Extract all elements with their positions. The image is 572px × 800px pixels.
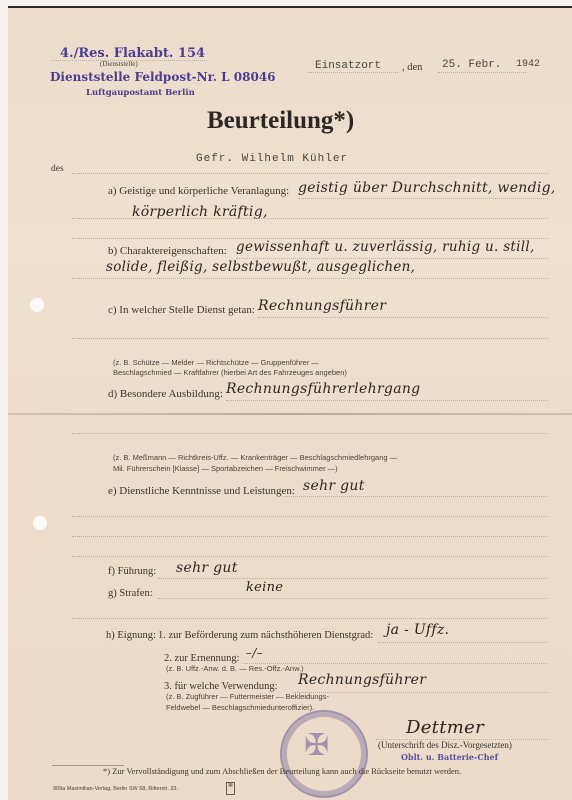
document-page: 4./Res. Flakabt. 154 (Dienststelle) Dien… [8,6,572,800]
field-e-line-1 [283,496,548,497]
field-f-line [158,578,548,579]
field-b-answer-1: gewissenhaft u. zuverlässig, ruhig u. st… [236,239,535,255]
field-h-item3-hint-2: Feldwebel — Beschlagschmiedunteroffizier… [166,702,314,713]
field-e-line-2 [72,516,548,517]
dienststelle-caption: (Dienststelle) [100,60,138,68]
field-a-answer-1: geistig über Durchschnitt, wendig, [298,180,556,196]
signature-caption: (Unterschrift des Disz.-Vorgesetzten) [378,740,512,750]
field-c-hint-2: Beschlagschmied — Kraftfahrer (hierbei A… [113,367,347,378]
field-g-answer: keine [246,580,283,595]
field-g-line-2 [72,618,548,619]
punch-hole-top [30,298,44,312]
field-e-line-4 [72,556,548,557]
field-h-label: h) Eignung: [106,630,156,641]
field-e-line-3 [72,536,548,537]
footnote: *) Zur Vervollständigung und zum Abschli… [103,766,461,776]
field-d-answer: Rechnungsführerlehrgang [226,381,420,397]
field-b-label: b) Charaktereigenschaften: [108,245,227,257]
field-d-hint-1: (z. B. Meßmann — Richtkreis-Uffz. — Kran… [113,452,397,463]
field-h-item2-answer: –/– [246,646,263,660]
field-g-label: g) Strafen: [108,588,153,599]
field-c-line-1 [258,317,548,318]
field-d-line-2 [72,433,548,434]
field-e-label: e) Dienstliche Kenntnisse und Leistungen… [108,485,295,497]
field-b-line-2 [72,278,548,279]
date-line [438,72,526,73]
field-e-answer: sehr gut [303,478,365,494]
field-b-answer-2: solide, fleißig, selbstbewußt, ausgeglic… [106,259,415,275]
den-label: , den [402,62,422,73]
des-label: des [51,164,64,174]
subject-name: Gefr. Wilhelm Kühler [196,153,348,165]
field-d-hint-2: Mil. Führerschein [Klasse] — Sportabzeic… [113,463,338,474]
field-f-label: f) Führung: [108,566,156,577]
field-h-item2-hint: (z. B. Uffz.-Anw. d. B. — Res.-Offz.-Anw… [166,663,304,674]
field-h-item1-answer: ja - Uffz. [386,622,449,638]
place-field: Einsatzort [315,60,381,72]
signature: Dettmer [406,717,484,738]
field-h-item1-label: 1. zur Beförderung zum nächsthöheren Die… [158,630,373,641]
field-a-line-2 [72,218,548,219]
publisher-logo-icon: ▦ [226,782,235,795]
field-h-item3-line [293,692,548,693]
postamt-stamp: Luftgaupostamt Berlin [86,88,195,98]
year-field: 1942 [516,59,540,70]
page-title: Beurteilung*) [207,107,354,135]
field-h-item3-answer: Rechnungsführer [298,672,426,688]
publisher-imprint: 909a Maximilian-Verlag, Berlin SW 68, Ri… [53,786,178,792]
unit-stamp: 4./Res. Flakabt. 154 [60,46,205,61]
field-h-item1-line [378,642,548,643]
rank-stamp: Oblt. u. Batterie-Chef [401,752,498,762]
name-line [72,173,548,174]
feldpost-stamp: Dienststelle Feldpost-Nr. L 08046 [50,70,276,84]
field-f-answer: sehr gut [176,560,238,576]
date-field: 25. Febr. [442,59,501,71]
field-c-line-2 [72,338,548,339]
field-c-label: c) In welcher Stelle Dienst getan: [108,304,255,316]
paper-fold [8,413,572,415]
field-a-label: a) Geistige und körperliche Veranlagung: [108,185,289,197]
field-d-line-1 [226,400,548,401]
field-c-answer: Rechnungsführer [258,298,386,314]
field-h-item3-hint-1: (z. B. Zugführer — Futtermeister — Bekle… [166,691,329,702]
field-d-label: d) Besondere Ausbildung: [108,388,223,400]
field-g-line-1 [158,598,548,599]
place-line [308,72,398,73]
field-a-line-1 [298,198,548,199]
punch-hole-bottom [33,516,47,530]
eagle-emblem-icon: ✠ [304,728,329,763]
